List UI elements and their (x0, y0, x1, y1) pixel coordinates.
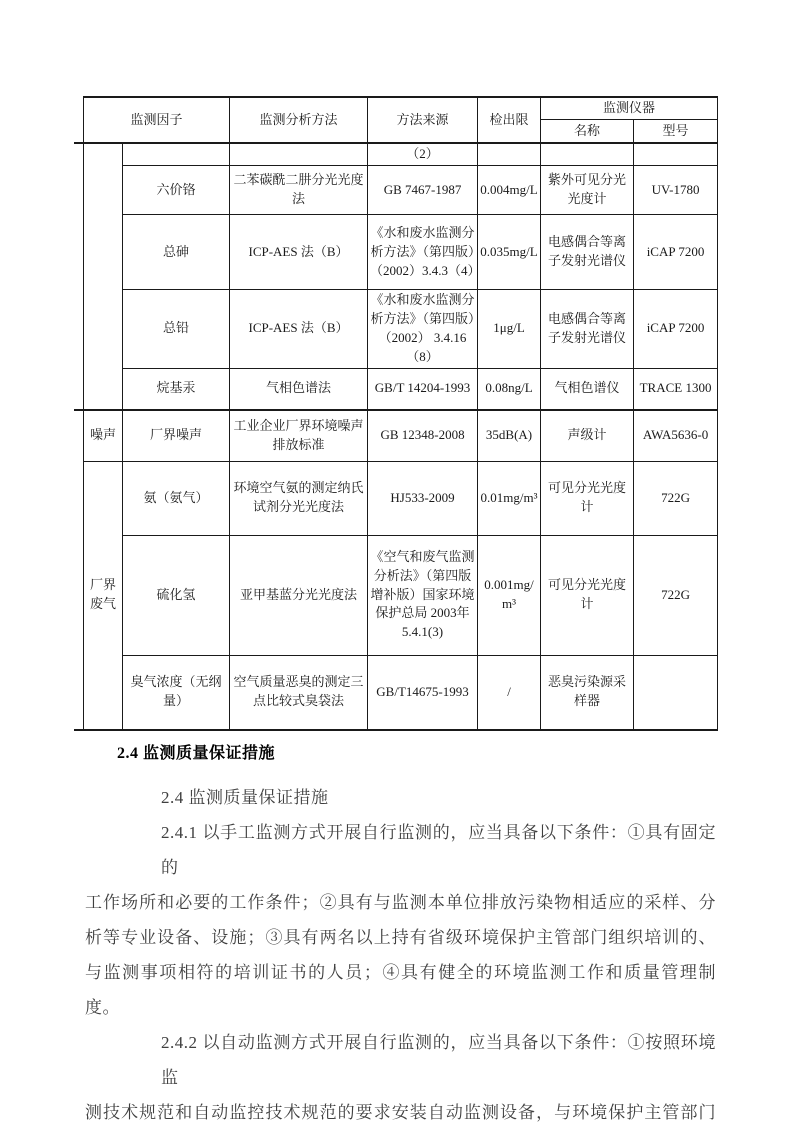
cell-limit: 0.035mg/L (478, 215, 541, 290)
cell-factor: 硫化氢 (123, 535, 230, 655)
cell-limit: 1μg/L (478, 290, 541, 368)
col-header-method: 监测分析方法 (230, 97, 368, 143)
cell-source: 《水和废水监测分析方法》（第四版）（2002）3.4.3（4） (368, 215, 478, 290)
cell-source: HJ533-2009 (368, 461, 478, 535)
cell-instrument-model: iCAP 7200 (634, 215, 718, 290)
cell-instrument-name: 紫外可见分光光度计 (541, 166, 634, 215)
cell-instrument-model: AWA5636-0 (634, 410, 718, 461)
monitoring-table: 监测因子 监测分析方法 方法来源 检出限 监测仪器 名称 型号 （2） 六价铬 (83, 96, 718, 731)
section-heading-2-4: 2.4 监测质量保证措施 (117, 740, 275, 763)
cell-source: 《空气和废气监测分析法》（第四版增补版）国家环境保护总局 2003年5.4.1(… (368, 535, 478, 655)
col-header-source: 方法来源 (368, 97, 478, 143)
cell-instrument-model: iCAP 7200 (634, 290, 718, 368)
cell-source: 《水和废水监测分析方法》（第四版）（2002） 3.4.16（8） (368, 290, 478, 368)
cell-method: 二苯碳酰二肼分光光度法 (230, 166, 368, 215)
cell-limit: 35dB(A) (478, 410, 541, 461)
cell-source: GB/T14675-1993 (368, 655, 478, 730)
cell-instrument-name: 电感偶合等离子发射光谱仪 (541, 215, 634, 290)
cell-source: GB 12348-2008 (368, 410, 478, 461)
group-cell-gas: 厂界废气 (84, 461, 123, 730)
table-row: 烷基汞 气相色谱法 GB/T 14204-1993 0.08ng/L 气相色谱仪… (84, 368, 718, 410)
col-header-instrument: 监测仪器 (541, 97, 718, 119)
paragraph-line: 2.4 监测质量保证措施 (85, 780, 716, 815)
cell-instrument-model: TRACE 1300 (634, 368, 718, 410)
cell-method (230, 143, 368, 165)
cell-limit: 0.004mg/L (478, 166, 541, 215)
paragraph-line: 2.4.1 以手工监测方式开展自行监测的，应当具备以下条件：①具有固定的 (85, 815, 716, 885)
paragraph-line: 2.4.2 以自动监测方式开展自行监测的，应当具备以下条件：①按照环境监 (85, 1025, 716, 1095)
cell-instrument-name: 电感偶合等离子发射光谱仪 (541, 290, 634, 368)
table-row: 总铅 ICP-AES 法（B） 《水和废水监测分析方法》（第四版）（2002） … (84, 290, 718, 368)
group-cell-blank (84, 143, 123, 410)
document-page: 监测因子 监测分析方法 方法来源 检出限 监测仪器 名称 型号 （2） 六价铬 (0, 0, 800, 1131)
cell-factor (123, 143, 230, 165)
table-row: 总砷 ICP-AES 法（B） 《水和废水监测分析方法》（第四版）（2002）3… (84, 215, 718, 290)
group-cell-noise: 噪声 (84, 410, 123, 461)
table-row: 厂界废气 氨（氨气） 环境空气氨的测定纳氏试剂分光光度法 HJ533-2009 … (84, 461, 718, 535)
table-header-row-1: 监测因子 监测分析方法 方法来源 检出限 监测仪器 (84, 97, 718, 119)
cell-limit: 0.001mg/m³ (478, 535, 541, 655)
cell-method: 空气质量恶臭的测定三点比较式臭袋法 (230, 655, 368, 730)
paragraph-line: 析等专业设备、设施；③具有两名以上持有省级环境保护主管部门组织培训的、 (85, 920, 716, 955)
cell-instrument-name: 可见分光光度计 (541, 461, 634, 535)
cell-factor: 总铅 (123, 290, 230, 368)
cell-source: （2） (368, 143, 478, 165)
table-row: 噪声 厂界噪声 工业企业厂界环境噪声排放标准 GB 12348-2008 35d… (84, 410, 718, 461)
table-row: 六价铬 二苯碳酰二肼分光光度法 GB 7467-1987 0.004mg/L 紫… (84, 166, 718, 215)
cell-instrument-model: UV-1780 (634, 166, 718, 215)
cell-instrument-name: 气相色谱仪 (541, 368, 634, 410)
cell-instrument-model: 722G (634, 535, 718, 655)
col-header-limit: 检出限 (478, 97, 541, 143)
paragraph-line: 与监测事项相符的培训证书的人员；④具有健全的环境监测工作和质量管理制 (85, 955, 716, 990)
cell-factor: 氨（氨气） (123, 461, 230, 535)
cell-instrument-model (634, 143, 718, 165)
paragraph-line: 度。 (85, 990, 716, 1025)
cell-method: 气相色谱法 (230, 368, 368, 410)
cell-method: 环境空气氨的测定纳氏试剂分光光度法 (230, 461, 368, 535)
table-row: （2） (84, 143, 718, 165)
cell-limit: 0.01mg/m³ (478, 461, 541, 535)
cell-instrument-name (541, 143, 634, 165)
cell-method: ICP-AES 法（B） (230, 215, 368, 290)
table-row: 臭气浓度（无纲量） 空气质量恶臭的测定三点比较式臭袋法 GB/T14675-19… (84, 655, 718, 730)
cell-instrument-name: 可见分光光度计 (541, 535, 634, 655)
table-row: 硫化氢 亚甲基蓝分光光度法 《空气和废气监测分析法》（第四版增补版）国家环境保护… (84, 535, 718, 655)
col-header-instrument-model: 型号 (634, 119, 718, 143)
cell-instrument-name: 恶臭污染源采样器 (541, 655, 634, 730)
paragraph-line: 测技术规范和自动监控技术规范的要求安装自动监测设备，与环境保护主管部门 (85, 1095, 716, 1130)
cell-instrument-model: 722G (634, 461, 718, 535)
col-header-instrument-name: 名称 (541, 119, 634, 143)
cell-source: GB 7467-1987 (368, 166, 478, 215)
paragraph-line: 工作场所和必要的工作条件；②具有与监测本单位排放污染物相适应的采样、分 (85, 885, 716, 920)
cell-method: 亚甲基蓝分光光度法 (230, 535, 368, 655)
cell-method: ICP-AES 法（B） (230, 290, 368, 368)
cell-factor: 臭气浓度（无纲量） (123, 655, 230, 730)
cell-factor: 总砷 (123, 215, 230, 290)
cell-limit: 0.08ng/L (478, 368, 541, 410)
cell-source: GB/T 14204-1993 (368, 368, 478, 410)
cell-limit (478, 143, 541, 165)
cell-instrument-model (634, 655, 718, 730)
cell-method: 工业企业厂界环境噪声排放标准 (230, 410, 368, 461)
col-header-factor: 监测因子 (84, 97, 230, 143)
cell-limit: / (478, 655, 541, 730)
cell-factor: 烷基汞 (123, 368, 230, 410)
cell-factor: 厂界噪声 (123, 410, 230, 461)
monitoring-table-wrapper: 监测因子 监测分析方法 方法来源 检出限 监测仪器 名称 型号 （2） 六价铬 (83, 96, 717, 731)
cell-factor: 六价铬 (123, 166, 230, 215)
body-text-block: 2.4 监测质量保证措施 2.4.1 以手工监测方式开展自行监测的，应当具备以下… (85, 780, 716, 1130)
cell-instrument-name: 声级计 (541, 410, 634, 461)
